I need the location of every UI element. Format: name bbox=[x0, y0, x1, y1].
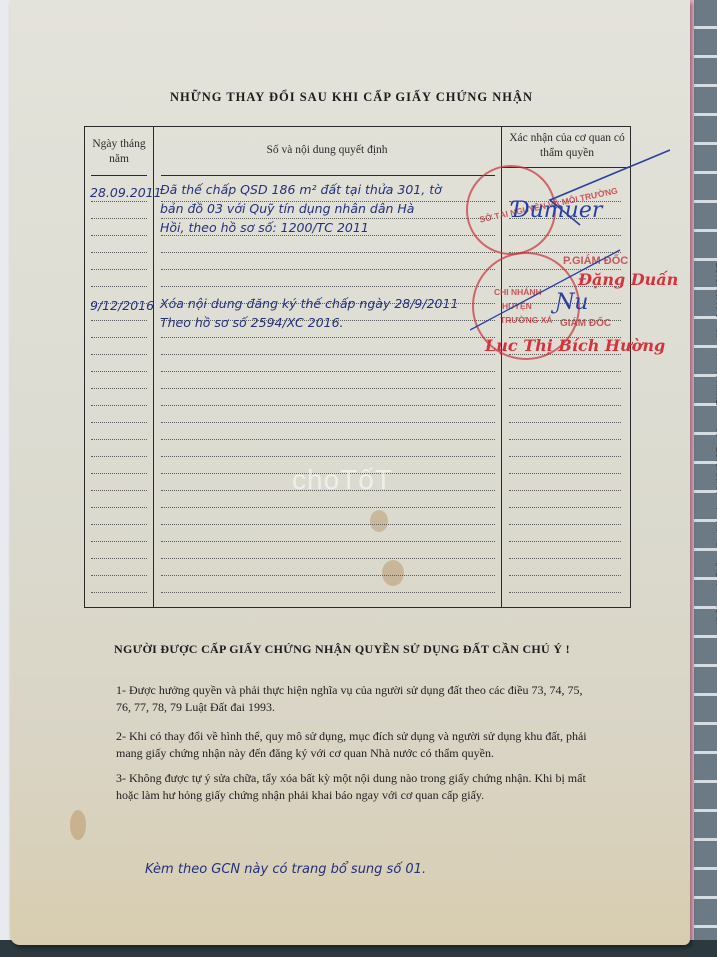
header-divider bbox=[161, 175, 495, 176]
dotted-line bbox=[161, 524, 495, 525]
dotted-line bbox=[161, 456, 495, 457]
dotted-line bbox=[91, 252, 147, 253]
dotted-line bbox=[161, 575, 495, 576]
dotted-line bbox=[161, 371, 495, 372]
dotted-line bbox=[91, 354, 147, 355]
dotted-line bbox=[509, 541, 621, 542]
handwritten-note: Kèm theo GCN này có trang bổ sung số 01. bbox=[145, 862, 426, 877]
dotted-line bbox=[91, 439, 147, 440]
entry-1-line-2: bản đồ 03 với Quỹ tín dụng nhân dân Hà bbox=[160, 201, 414, 216]
dotted-line bbox=[509, 473, 621, 474]
dotted-line bbox=[161, 388, 495, 389]
dotted-line bbox=[161, 286, 495, 287]
watermark: choTốT bbox=[292, 464, 393, 496]
dotted-line bbox=[91, 201, 147, 202]
dotted-line bbox=[91, 235, 147, 236]
dotted-line bbox=[91, 456, 147, 457]
entry-1-line-1: Đã thế chấp QSD 186 m² đất tại thửa 301,… bbox=[160, 182, 442, 197]
dotted-line bbox=[91, 405, 147, 406]
header-date: Ngày tháng năm bbox=[85, 137, 153, 167]
dotted-line bbox=[161, 252, 495, 253]
dotted-line bbox=[509, 388, 621, 389]
dotted-line bbox=[161, 218, 495, 219]
dotted-line bbox=[161, 337, 495, 338]
dotted-line bbox=[509, 371, 621, 372]
notice-item-2: 2- Khi có thay đổi về hình thể, quy mô s… bbox=[116, 728, 596, 762]
dotted-line bbox=[91, 286, 147, 287]
dotted-line bbox=[509, 524, 621, 525]
dotted-line bbox=[161, 269, 495, 270]
header-content: Số và nội dung quyết định bbox=[153, 143, 501, 158]
dotted-line bbox=[509, 558, 621, 559]
dotted-line bbox=[161, 422, 495, 423]
notice-title: NGƯỜI ĐƯỢC CẤP GIẤY CHỨNG NHẬN QUYỀN SỬ … bbox=[114, 642, 570, 657]
dotted-line bbox=[509, 405, 621, 406]
dotted-line bbox=[91, 558, 147, 559]
signature-strokes bbox=[470, 140, 700, 340]
dotted-line bbox=[509, 422, 621, 423]
dotted-line bbox=[509, 507, 621, 508]
dotted-line bbox=[91, 218, 147, 219]
dotted-line bbox=[509, 456, 621, 457]
dotted-line bbox=[161, 354, 495, 355]
page-title: NHỮNG THAY ĐỔI SAU KHI CẤP GIẤY CHỨNG NH… bbox=[170, 90, 533, 105]
dotted-line bbox=[91, 592, 147, 593]
dotted-line bbox=[91, 371, 147, 372]
notice-item-3: 3- Không được tự ý sửa chữa, tẩy xóa bất… bbox=[116, 770, 596, 804]
entry-1-line-3: Hồi, theo hồ sơ số: 1200/TC 2011 bbox=[160, 220, 369, 235]
entry-2-date: 9/12/2016 bbox=[90, 298, 154, 313]
dotted-line bbox=[161, 235, 495, 236]
dotted-line bbox=[161, 558, 495, 559]
entry-2-line-1: Xóa nội dung đăng ký thế chấp ngày 28/9/… bbox=[160, 296, 458, 311]
notice-item-1: 1- Được hưởng quyền và phải thực hiện ng… bbox=[116, 682, 596, 716]
dotted-line bbox=[91, 507, 147, 508]
dotted-line bbox=[91, 337, 147, 338]
dotted-line bbox=[91, 320, 147, 321]
dotted-line bbox=[91, 473, 147, 474]
dotted-line bbox=[91, 422, 147, 423]
dotted-line bbox=[509, 439, 621, 440]
dotted-line bbox=[161, 405, 495, 406]
dotted-line bbox=[161, 439, 495, 440]
dotted-line bbox=[91, 490, 147, 491]
dotted-line bbox=[91, 541, 147, 542]
dotted-line bbox=[161, 592, 495, 593]
dotted-line bbox=[509, 575, 621, 576]
dotted-line bbox=[91, 575, 147, 576]
dotted-line bbox=[91, 388, 147, 389]
entry-1-date: 28.09.2011 bbox=[90, 185, 162, 200]
dotted-line bbox=[91, 524, 147, 525]
dotted-line bbox=[509, 592, 621, 593]
dotted-line bbox=[161, 507, 495, 508]
entry-2-line-2: Theo hồ sơ số 2594/XC 2016. bbox=[160, 315, 344, 330]
header-divider bbox=[91, 175, 147, 176]
dotted-line bbox=[509, 490, 621, 491]
dotted-line bbox=[91, 269, 147, 270]
dotted-line bbox=[161, 541, 495, 542]
stain bbox=[70, 810, 86, 840]
